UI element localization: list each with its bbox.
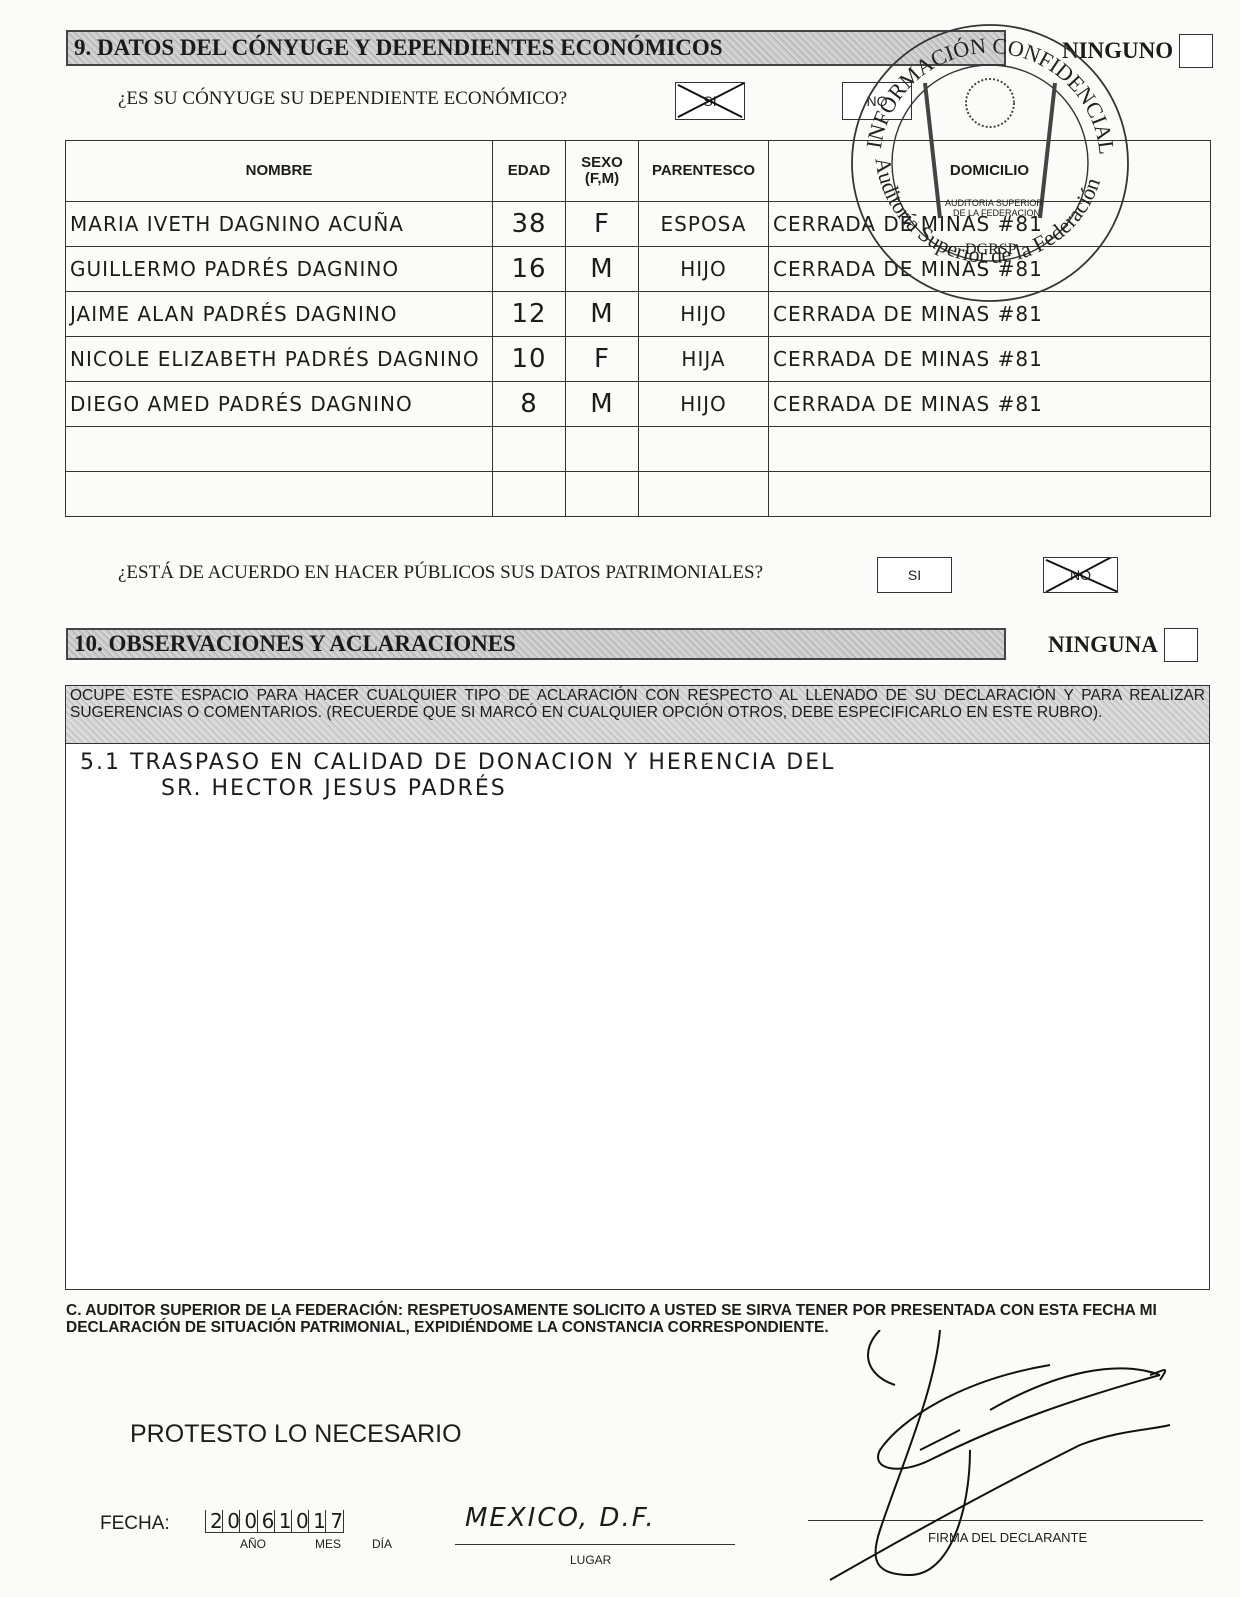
section-9-none-option[interactable]: NINGUNO xyxy=(1062,34,1213,68)
section-9-none-label: NINGUNO xyxy=(1062,38,1173,64)
cell-sexo[interactable] xyxy=(566,472,639,517)
cell-nombre[interactable]: JAIME ALAN PADRÉS DAGNINO xyxy=(66,292,493,337)
cell-domicilio[interactable] xyxy=(769,427,1211,472)
section-10-none-option[interactable]: NINGUNA xyxy=(1048,628,1198,662)
cell-domicilio[interactable]: CERRADA DE MINAS #81 xyxy=(769,292,1211,337)
lugar-value[interactable]: MEXICO, D.F. xyxy=(465,1503,656,1533)
lugar-line xyxy=(455,1544,735,1545)
cell-parentesco[interactable]: HIJA xyxy=(639,337,769,382)
spouse-dependent-no-box[interactable]: NO xyxy=(842,82,912,120)
observation-line-2: SR. HECTOR JESUS PADRÉS xyxy=(161,776,507,801)
public-data-yes-box[interactable]: SI xyxy=(877,557,952,593)
observations-textarea[interactable]: 5.1 TRASPASO EN CALIDAD DE DONACION Y HE… xyxy=(65,743,1210,1290)
cell-edad[interactable]: 38 xyxy=(493,202,566,247)
public-data-question: ¿ESTÁ DE ACUERDO EN HACER PÚBLICOS SUS D… xyxy=(118,562,763,584)
date-digit: 2 xyxy=(205,1510,222,1532)
cell-sexo[interactable]: M xyxy=(566,292,639,337)
section-10-title: 10. OBSERVACIONES Y ACLARACIONES xyxy=(74,631,516,657)
cell-sexo[interactable] xyxy=(566,427,639,472)
table-row: GUILLERMO PADRÉS DAGNINO16MHIJOCERRADA D… xyxy=(66,247,1211,292)
cell-parentesco[interactable] xyxy=(639,472,769,517)
observation-line-1: 5.1 TRASPASO EN CALIDAD DE DONACION Y HE… xyxy=(80,750,835,775)
public-data-yes-label: SI xyxy=(908,567,921,583)
section-9-title: 9. DATOS DEL CÓNYUGE Y DEPENDIENTES ECON… xyxy=(74,35,723,61)
header-nombre: NOMBRE xyxy=(66,141,493,202)
protesto-text: PROTESTO LO NECESARIO xyxy=(130,1420,462,1449)
table-row: JAIME ALAN PADRÉS DAGNINO12MHIJOCERRADA … xyxy=(66,292,1211,337)
cell-edad[interactable]: 8 xyxy=(493,382,566,427)
cell-sexo[interactable]: F xyxy=(566,337,639,382)
observations-instructions: OCUPE ESTE ESPACIO PARA HACER CUALQUIER … xyxy=(65,685,1210,743)
cell-parentesco[interactable]: HIJO xyxy=(639,292,769,337)
lugar-label: LUGAR xyxy=(570,1553,611,1567)
cell-nombre[interactable]: GUILLERMO PADRÉS DAGNINO xyxy=(66,247,493,292)
cell-edad[interactable] xyxy=(493,472,566,517)
fecha-label: FECHA: xyxy=(100,1513,170,1535)
header-parentesco: PARENTESCO xyxy=(639,141,769,202)
cell-domicilio[interactable]: CERRADA DE MINAS #81 xyxy=(769,202,1211,247)
cell-domicilio[interactable] xyxy=(769,472,1211,517)
cross-mark-icon xyxy=(676,83,744,119)
date-digit: 7 xyxy=(325,1510,343,1532)
date-field[interactable]: 20061017 xyxy=(205,1510,344,1533)
table-row xyxy=(66,427,1211,472)
day-sublabel: DÍA xyxy=(372,1537,392,1551)
cell-domicilio[interactable]: CERRADA DE MINAS #81 xyxy=(769,247,1211,292)
cell-edad[interactable]: 16 xyxy=(493,247,566,292)
table-row: NICOLE ELIZABETH PADRÉS DAGNINO10FHIJACE… xyxy=(66,337,1211,382)
section-9-header: 9. DATOS DEL CÓNYUGE Y DEPENDIENTES ECON… xyxy=(66,30,1006,66)
section-9-none-checkbox[interactable] xyxy=(1179,34,1213,68)
cell-sexo[interactable]: M xyxy=(566,247,639,292)
month-sublabel: MES xyxy=(315,1537,341,1551)
cell-sexo[interactable]: M xyxy=(566,382,639,427)
signature-scribble-icon xyxy=(820,1330,1200,1590)
header-edad: EDAD xyxy=(493,141,566,202)
cell-nombre[interactable]: DIEGO AMED PADRÉS DAGNINO xyxy=(66,382,493,427)
header-domicilio: DOMICILIO xyxy=(769,141,1211,202)
cell-nombre[interactable]: NICOLE ELIZABETH PADRÉS DAGNINO xyxy=(66,337,493,382)
section-10-header: 10. OBSERVACIONES Y ACLARACIONES xyxy=(66,628,1006,660)
cell-parentesco[interactable]: ESPOSA xyxy=(639,202,769,247)
cell-parentesco[interactable]: HIJO xyxy=(639,247,769,292)
cell-edad[interactable]: 10 xyxy=(493,337,566,382)
cell-nombre[interactable]: MARIA IVETH DAGNINO ACUÑA xyxy=(66,202,493,247)
table-row: MARIA IVETH DAGNINO ACUÑA38FESPOSACERRAD… xyxy=(66,202,1211,247)
header-sexo: SEXO (F,M) xyxy=(566,141,639,202)
date-digit: 0 xyxy=(222,1510,239,1532)
spouse-dependent-no-label: NO xyxy=(867,93,888,109)
cross-mark-icon xyxy=(1044,558,1117,592)
section-10-none-label: NINGUNA xyxy=(1048,632,1158,658)
cell-edad[interactable]: 12 xyxy=(493,292,566,337)
date-digit: 1 xyxy=(308,1510,325,1532)
cell-nombre[interactable] xyxy=(66,472,493,517)
spouse-dependent-yes-box[interactable]: SI xyxy=(675,82,745,120)
date-digit: 6 xyxy=(257,1510,274,1532)
date-digit: 0 xyxy=(239,1510,256,1532)
dependents-table: NOMBRE EDAD SEXO (F,M) PARENTESCO DOMICI… xyxy=(65,140,1211,517)
cell-parentesco[interactable] xyxy=(639,427,769,472)
table-header-row: NOMBRE EDAD SEXO (F,M) PARENTESCO DOMICI… xyxy=(66,141,1211,202)
year-sublabel: AÑO xyxy=(240,1537,266,1551)
cell-sexo[interactable]: F xyxy=(566,202,639,247)
cell-edad[interactable] xyxy=(493,427,566,472)
cell-parentesco[interactable]: HIJO xyxy=(639,382,769,427)
table-row: DIEGO AMED PADRÉS DAGNINO8MHIJOCERRADA D… xyxy=(66,382,1211,427)
date-digit: 0 xyxy=(291,1510,308,1532)
cell-domicilio[interactable]: CERRADA DE MINAS #81 xyxy=(769,382,1211,427)
section-10-none-checkbox[interactable] xyxy=(1164,628,1198,662)
date-digit: 1 xyxy=(274,1510,291,1532)
cell-domicilio[interactable]: CERRADA DE MINAS #81 xyxy=(769,337,1211,382)
table-row xyxy=(66,472,1211,517)
cell-nombre[interactable] xyxy=(66,427,493,472)
spouse-dependent-question: ¿ES SU CÓNYUGE SU DEPENDIENTE ECONÓMICO? xyxy=(118,88,567,110)
public-data-no-box[interactable]: NO xyxy=(1043,557,1118,593)
